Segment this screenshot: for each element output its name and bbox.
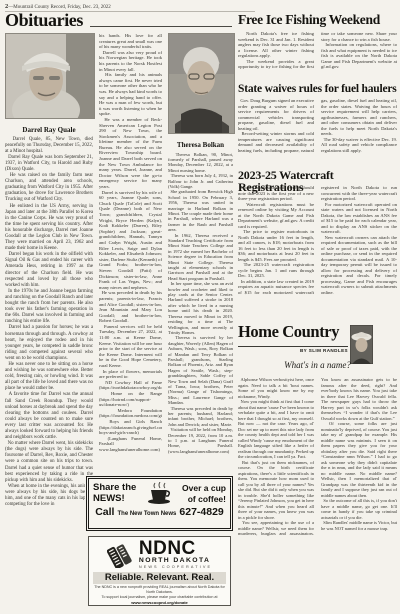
byline-rule xyxy=(238,346,348,347)
ndnc-tagline: Reliable. Relevant. Real. xyxy=(93,572,226,584)
ndnc-about-text: The NDNC is a new nonprofit providing RE… xyxy=(93,585,226,594)
home-country-title: Home Country xyxy=(238,324,397,341)
advertisement-block: Share the NEWS! Over a cup of coffee! Ca… xyxy=(85,475,238,610)
home-country-byline: BY SLIM RANDLES xyxy=(238,348,348,353)
coffee-ad-top-row: Share the NEWS! Over a cup of coffee! xyxy=(93,482,226,505)
watercraft-body: North Dakota watercraft owners should no… xyxy=(238,185,397,320)
ndnc-wordmark: NDNC NORTH DAKOTA NEWS COOPERATIVE xyxy=(139,540,212,570)
obituaries-columns: Darrel Ray Quale Darrel Quale, 85, New T… xyxy=(5,33,233,508)
call-label: Call xyxy=(95,506,114,518)
newspaper-page: 2—Mountrail County Record, Friday, Dec. … xyxy=(0,0,400,614)
share-the-news-text: Share the NEWS! xyxy=(93,483,136,505)
ndnc-ad: NDNC NORTH DAKOTA NEWS COOPERATIVE Relia… xyxy=(88,536,231,606)
obituaries-title: Obituaries xyxy=(5,11,83,29)
over-a-cup-text: Over a cup of coffee! xyxy=(182,483,226,503)
home-country-subtitle: What's in a name? xyxy=(238,360,397,370)
ndnc-donate-url: www.newscoopnd.org/donate xyxy=(93,600,226,605)
phone-number: 627-4829 xyxy=(179,506,223,518)
ndnc-support-text: To support local journalism, please make… xyxy=(93,595,226,600)
headline-rule xyxy=(90,26,232,27)
darrel-obituary-text-part2: his hands. His love for all creatures gr… xyxy=(99,33,162,470)
obituary-theresa-column: Theresa Bolkan Theresa Bolkan, 90, Minot… xyxy=(168,33,233,508)
obituary-darrel-column-1: Darrel Ray Quale Darrel Quale, 85, New T… xyxy=(5,33,93,508)
newspaper-subscription-ad: Share the NEWS! Over a cup of coffee! Ca… xyxy=(88,478,231,529)
obituaries-section-header: Obituaries xyxy=(5,11,233,29)
fuel-haulers-body: Gov. Doug Burgum signed an executive ord… xyxy=(238,98,397,166)
coffee-ad-call-row: Call The New Town News 627-4829 xyxy=(93,506,226,518)
ndnc-logo-row: NDNC NORTH DAKOTA NEWS COOPERATIVE xyxy=(93,540,226,570)
obituary-darrel-column-2: his hands. His love for all creatures gr… xyxy=(99,33,162,508)
ice-fishing-body: North Dakota's free ice fishing weekend … xyxy=(238,31,397,81)
slim-randles-headshot xyxy=(350,325,373,364)
ndnc-name-line2: NEWS COOPERATIVE xyxy=(139,565,212,570)
theresa-bolkan-photo xyxy=(168,33,235,134)
theresa-photo-caption: Theresa Bolkan xyxy=(168,141,233,149)
home-country-body: Alphonse Wilson verbosityist here, once … xyxy=(238,377,397,605)
newspaper-stack-icon xyxy=(107,542,135,568)
ice-fishing-headline: Free Ice Fishing Weekend xyxy=(238,13,380,27)
paper-name: The New Town News xyxy=(117,511,176,517)
ndnc-abbr: NDNC xyxy=(139,540,212,557)
darrel-obituary-text-part1: Darrel Quale, 85, New Town, died peacefu… xyxy=(5,137,93,509)
ndnc-name-line1: NORTH DAKOTA xyxy=(139,557,212,565)
darrel-photo-caption: Darrel Ray Quale xyxy=(5,126,93,134)
darrel-quale-photo xyxy=(5,33,95,119)
theresa-obituary-text: Theresa Bolkan, 90, Minot, formerly of P… xyxy=(168,152,233,472)
fuel-haulers-headline: State waives rules for fuel haulers xyxy=(238,84,397,96)
home-country-section: Home Country BY SLIM RANDLES What's in a… xyxy=(238,324,397,612)
coffee-cup-icon xyxy=(146,482,172,505)
